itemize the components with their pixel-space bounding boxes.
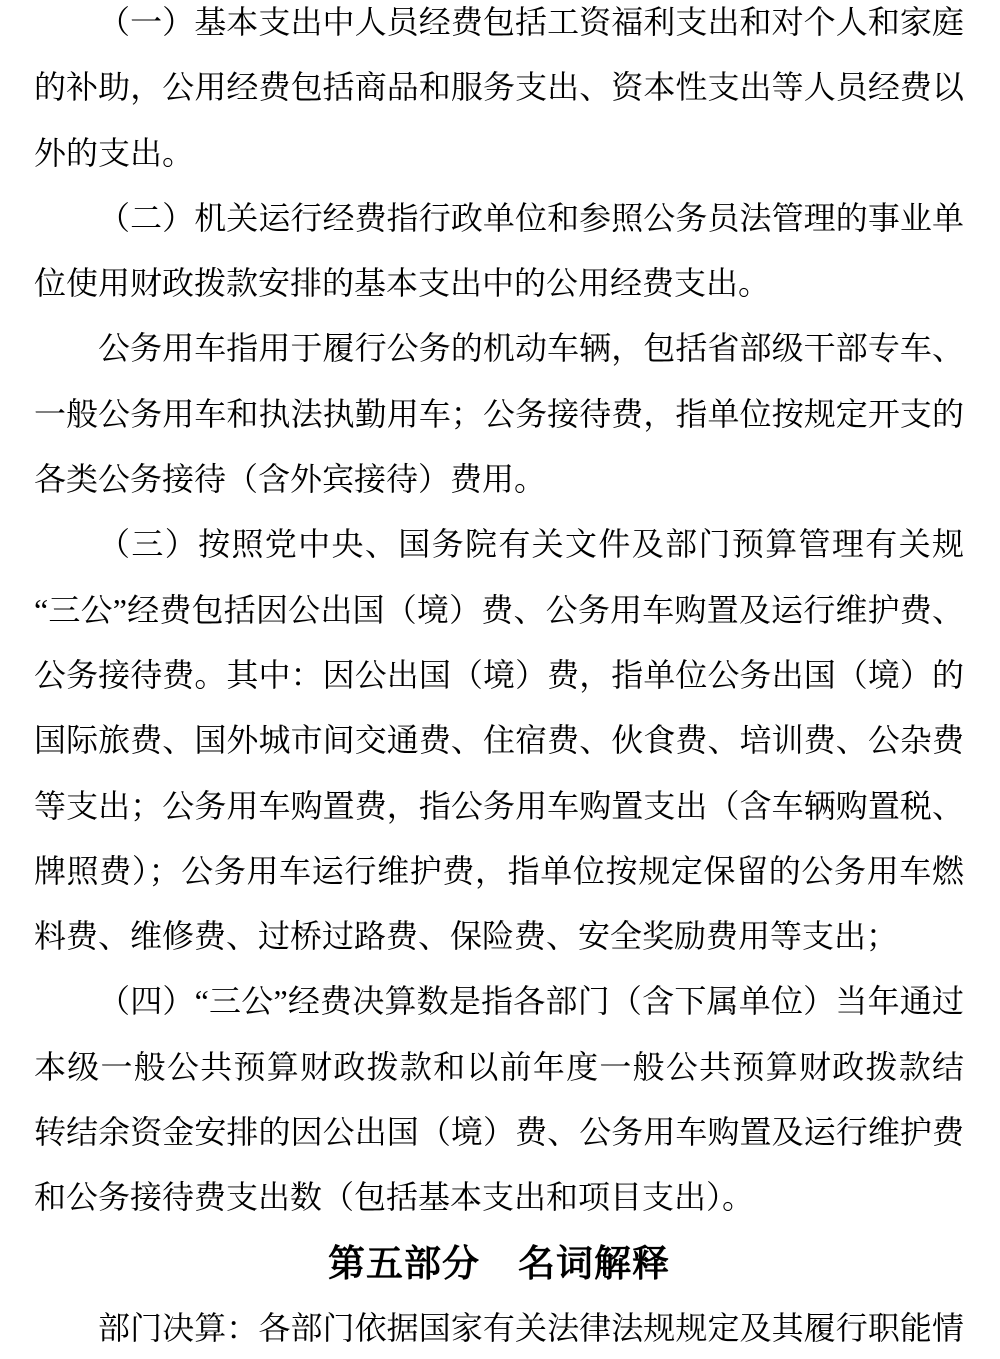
text-line: 牌照费）；公务用车运行维护费，指单位按规定保留的公务用车燃	[34, 839, 964, 904]
text-line: 本级一般公共预算财政拨款和以前年度一般公共预算财政拨款结	[34, 1035, 964, 1100]
text-line: （一）基本支出中人员经费包括工资福利支出和对个人和家庭	[34, 0, 964, 55]
text-line: 各类公务接待（含外宾接待）费用。	[34, 447, 964, 512]
text-line: 外的支出。	[34, 121, 964, 186]
text-line: 国际旅费、国外城市间交通费、住宿费、伙食费、培训费、公杂费	[34, 708, 964, 773]
text-line: 公务用车指用于履行公务的机动车辆，包括省部级干部专车、	[34, 316, 964, 381]
document-page: （一）基本支出中人员经费包括工资福利支出和对个人和家庭的补助，公用经费包括商品和…	[0, 0, 1000, 1349]
text-line: 等支出；公务用车购置费，指公务用车购置支出（含车辆购置税、	[34, 774, 964, 839]
section-heading: 第五部分 名词解释	[34, 1231, 964, 1296]
text-line: （四）“三公”经费决算数是指各部门（含下属单位）当年通过	[34, 969, 964, 1034]
text-line: 的补助，公用经费包括商品和服务支出、资本性支出等人员经费以	[34, 55, 964, 120]
document-body: （一）基本支出中人员经费包括工资福利支出和对个人和家庭的补助，公用经费包括商品和…	[34, 0, 964, 1349]
text-line: 和公务接待费支出数（包括基本支出和项目支出）。	[34, 1165, 964, 1230]
text-line: 转结余资金安排的因公出国（境）费、公务用车购置及运行维护费	[34, 1100, 964, 1165]
text-line: （二）机关运行经费指行政单位和参照公务员法管理的事业单	[34, 186, 964, 251]
text-line: 一般公务用车和执法执勤用车；公务接待费，指单位按规定开支的	[34, 382, 964, 447]
text-line: （三）按照党中央、国务院有关文件及部门预算管理有关规定，	[34, 512, 964, 577]
text-line: 公务接待费。其中：因公出国（境）费，指单位公务出国（境）的	[34, 643, 964, 708]
text-line: 料费、维修费、过桥过路费、保险费、安全奖励费用等支出；	[34, 904, 964, 969]
text-line: “三公”经费包括因公出国（境）费、公务用车购置及运行维护费、	[34, 578, 964, 643]
text-line: 位使用财政拨款安排的基本支出中的公用经费支出。	[34, 251, 964, 316]
text-line: 部门决算：各部门依据国家有关法律法规规定及其履行职能情	[34, 1296, 964, 1349]
